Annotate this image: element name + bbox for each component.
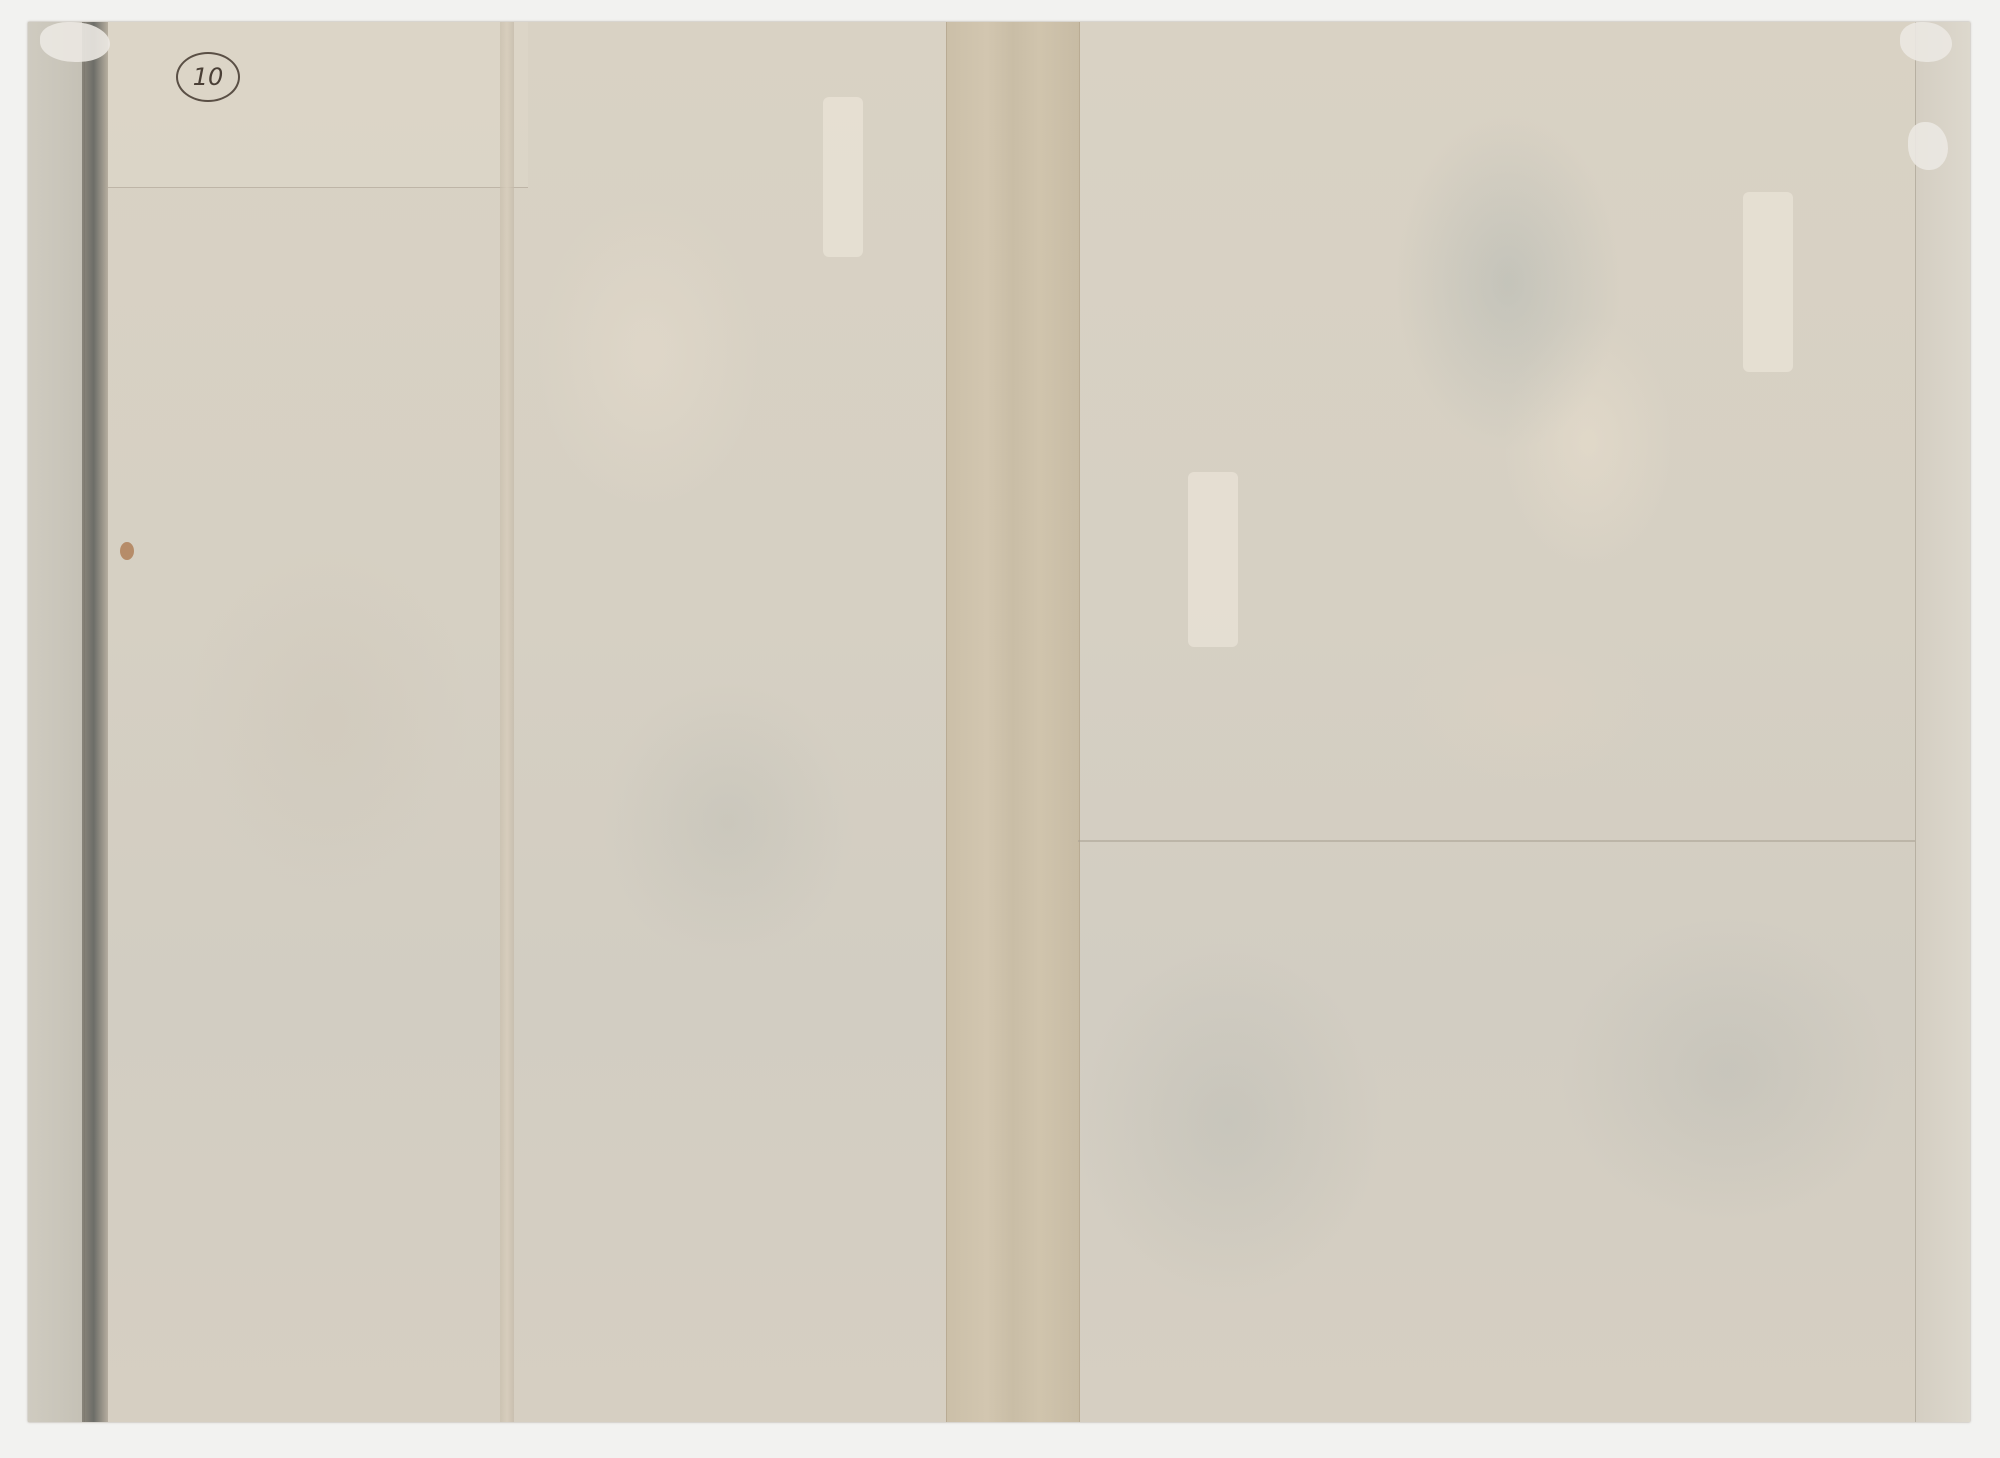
left-reinforcement-strip bbox=[28, 22, 85, 1422]
panel-seam-left bbox=[500, 22, 514, 1422]
pencil-annotation: 10 bbox=[176, 52, 240, 102]
show-through-patch bbox=[1743, 192, 1793, 372]
show-through-patch bbox=[823, 97, 863, 257]
foxing-stain bbox=[120, 542, 134, 560]
center-overlap-band bbox=[946, 22, 1080, 1422]
print-sheet: 10 bbox=[28, 22, 1970, 1422]
dark-stained-edge bbox=[82, 22, 108, 1422]
annotation-number: 10 bbox=[193, 63, 224, 91]
paper-loss-top-right bbox=[1900, 22, 1952, 62]
right-panel-horizontal-seam bbox=[1078, 840, 1938, 842]
right-reinforcement-strip bbox=[1915, 22, 1970, 1422]
paper-loss-top-left bbox=[40, 22, 110, 62]
show-through-patch bbox=[1188, 472, 1238, 647]
top-left-paper-band bbox=[108, 22, 528, 188]
